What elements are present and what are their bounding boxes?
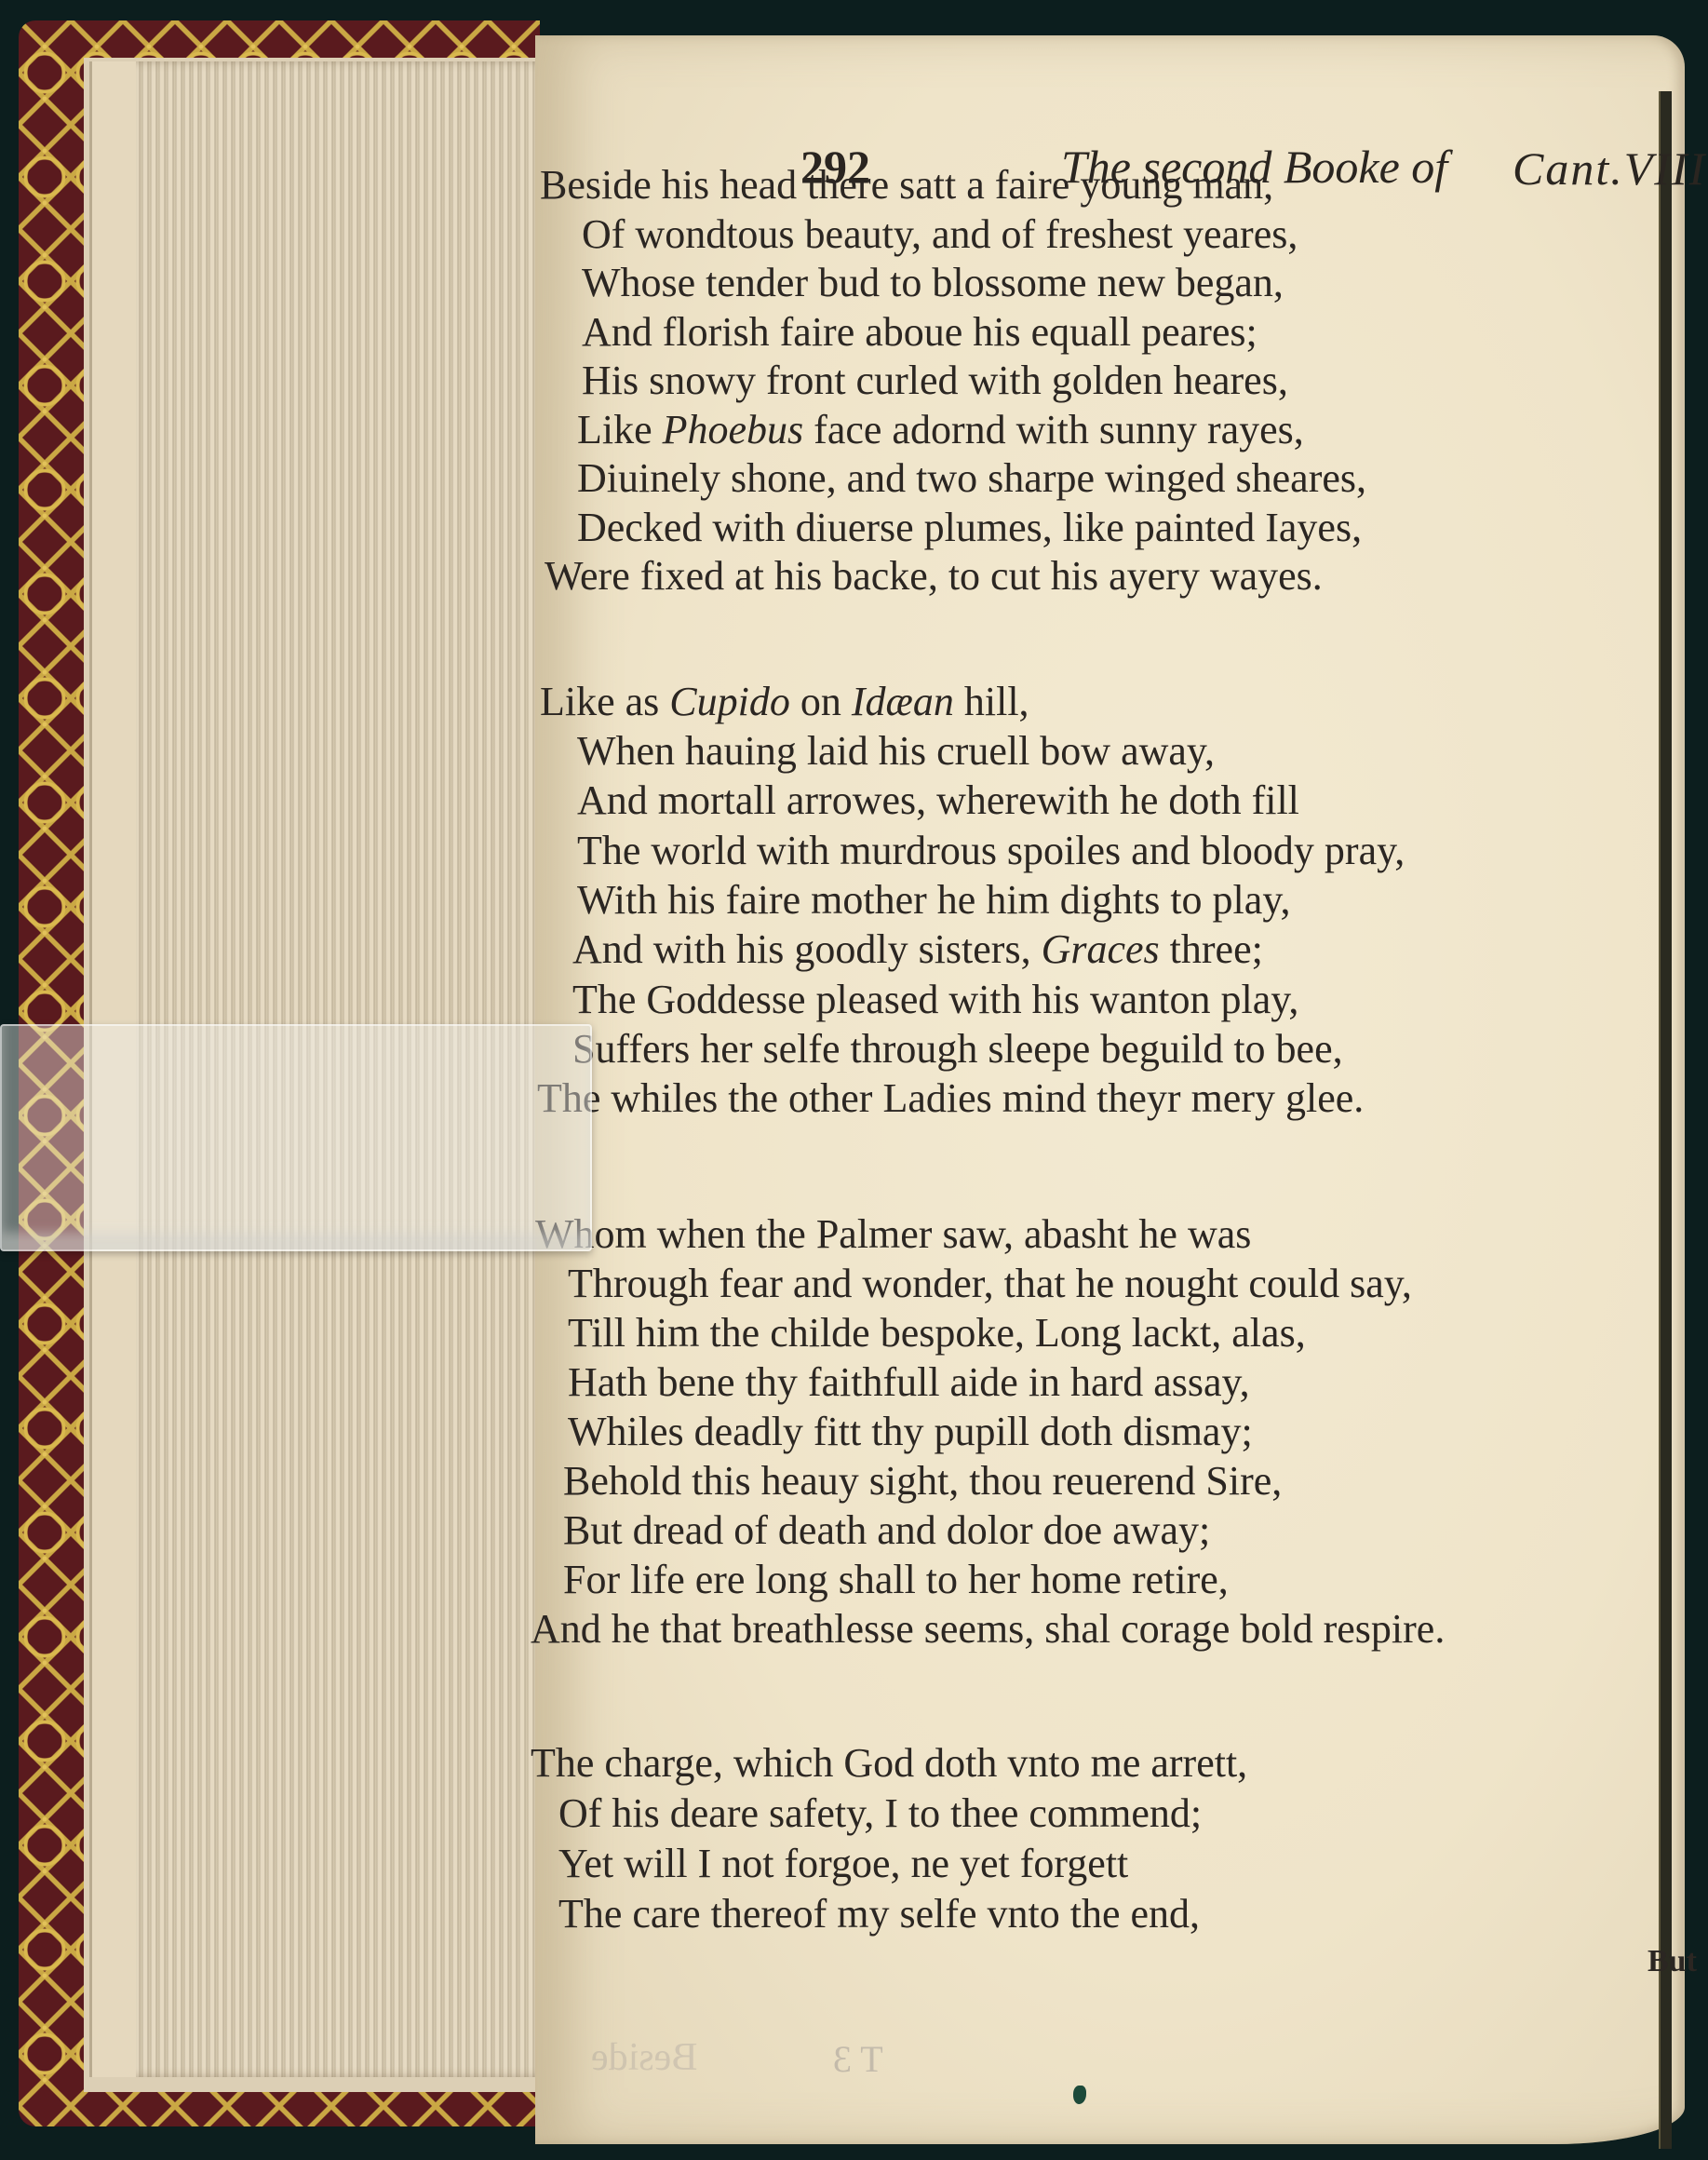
show-through-signature: T 3	[833, 2037, 883, 2081]
verse-line: Like Phoebus face adornd with sunny raye…	[577, 406, 1304, 454]
verse-line: And with his goodly sisters, Graces thre…	[572, 925, 1263, 974]
ink-spot	[1073, 2086, 1086, 2104]
verse-line: His snowy front curled with golden heare…	[582, 357, 1288, 405]
verse-line: The whiles the other Ladies mind theyr m…	[537, 1074, 1364, 1123]
verse-line: The world with murdrous spoiles and bloo…	[577, 827, 1405, 875]
verse-line: The Goddesse pleased with his wanton pla…	[572, 976, 1298, 1024]
verse-line: Were fixed at his backe, to cut his ayer…	[545, 552, 1323, 601]
verse-line: Yet will I not forgoe, ne yet forgett	[558, 1840, 1128, 1888]
verse-line: Hath bene thy faithfull aide in hard ass…	[568, 1358, 1250, 1407]
verse-line: Of his deare safety, I to thee commend;	[558, 1789, 1202, 1838]
text-block: 292 The second Booke of Cant.VIII. Besid…	[535, 35, 1685, 2144]
verse-line: And mortall arrowes, wherewith he doth f…	[577, 776, 1299, 825]
verse-line: And he that breathlesse seems, shal cora…	[531, 1605, 1445, 1654]
verse-line: For life ere long shall to her home reti…	[563, 1556, 1229, 1604]
verse-line: Suffers her selfe through sleepe beguild…	[572, 1025, 1343, 1073]
verse-line: Of wondtous beauty, and of freshest year…	[582, 210, 1298, 259]
book-page: Beside 292 The second Booke of Cant.VIII…	[535, 35, 1685, 2144]
verse-line: Whiles deadly fitt thy pupill doth disma…	[568, 1408, 1253, 1456]
verse-line: Till him the childe bespoke, Long lackt,…	[568, 1309, 1306, 1357]
verse-line: The care thereof my selfe vnto the end,	[558, 1890, 1200, 1938]
verse-line: Whose tender bud to blossome new began,	[582, 259, 1284, 307]
verse-line: With his faire mother he him dights to p…	[577, 876, 1290, 925]
verse-line: Behold this heauy sight, thou reuerend S…	[563, 1457, 1282, 1505]
catchword: But	[1647, 1944, 1697, 1979]
canto-number: Cant.VIII.	[1513, 142, 1708, 196]
verse-line: Diuinely shone, and two sharpe winged sh…	[577, 454, 1366, 503]
verse-line: But dread of death and dolor doe away;	[563, 1506, 1210, 1555]
verse-line: Whom when the Palmer saw, abasht he was	[535, 1210, 1251, 1259]
verse-line: Decked with diuerse plumes, like painted…	[577, 504, 1362, 552]
verse-line: Like as Cupido on Idæan hill,	[540, 678, 1029, 726]
acrylic-page-weight	[0, 1024, 592, 1251]
verse-line: When hauing laid his cruell bow away,	[577, 727, 1215, 776]
verse-line: And florish faire aboue his equall peare…	[582, 308, 1257, 357]
verse-line: The charge, which God doth vnto me arret…	[531, 1739, 1247, 1788]
verse-line: Beside his head there satt a faire young…	[540, 161, 1273, 209]
verse-line: Through fear and wonder, that he nought …	[568, 1260, 1412, 1308]
